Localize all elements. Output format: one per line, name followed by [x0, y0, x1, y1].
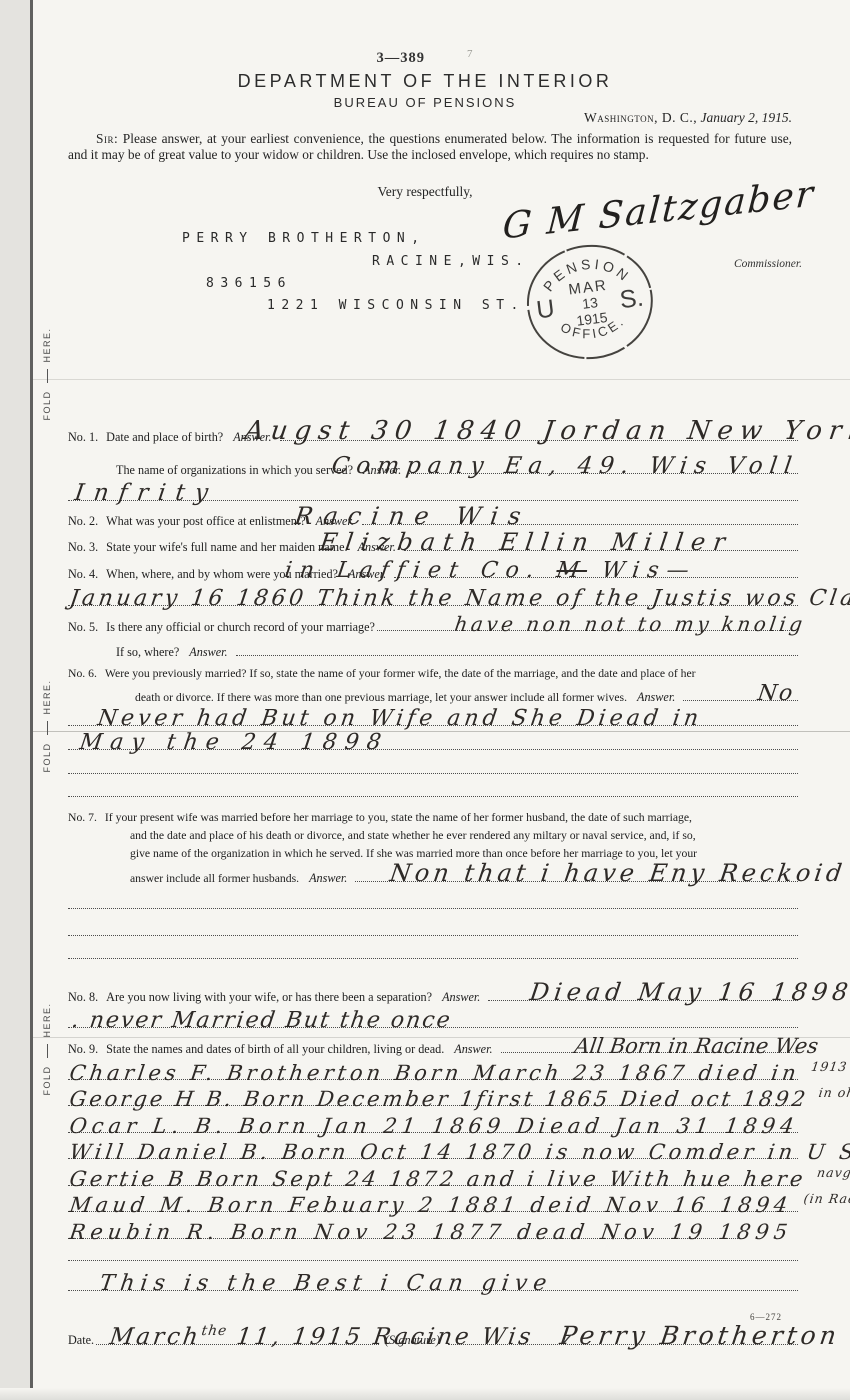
child-row: Will Daniel B. Born Oct 14 1870 is now C… [68, 1138, 798, 1165]
here-word: HERE. [42, 1002, 52, 1037]
child-text: Gertie B Born Sept 24 1872 and i live Wi… [68, 1167, 808, 1191]
blank-dotted-line [68, 796, 798, 797]
print-code: 6—272 [750, 1312, 782, 1322]
question-4-row: No. 4. When, where, and by whom were you… [68, 556, 798, 583]
q9-question: State the names and dates of birth of al… [106, 1042, 444, 1056]
q4-cont-handwritten-answer: January 16 1860 Think the Name of the Ju… [68, 586, 850, 611]
q6-cont2-handwritten-answer: May the 24 1898 [78, 730, 391, 755]
bureau-heading: BUREAU OF PENSIONS [0, 95, 850, 110]
q8-answer-label: Answer. [442, 990, 480, 1004]
child-row: Charles F. Brotherton Born March 23 1867… [68, 1058, 798, 1085]
blank-line-row [68, 755, 798, 779]
dateline: Washington, D. C., January 2, 1915. [584, 110, 792, 126]
letter-body: Sir: Please answer, at your earliest con… [68, 131, 792, 163]
form-number: 3—3897 [0, 50, 850, 67]
dateline-place: Washington, D. C., [584, 110, 697, 125]
q7-handwritten-answer: Non that i have Eny Reckoid [388, 859, 848, 887]
question-6-answer-row: death or divorce. If there was more than… [68, 682, 798, 706]
fold-here-marker: FOLDHERE. [42, 994, 52, 1104]
child-text: Maud M. Born Febuary 2 1881 deid Nov 16 … [68, 1193, 793, 1217]
fold-crease-line [33, 379, 850, 380]
q5-question: Is there any official or church record o… [106, 620, 375, 634]
scanned-pension-form: FOLDHERE. FOLDHERE. FOLDHERE. 3—3897 DEP… [0, 0, 850, 1400]
questions-section: No. 1. Date and place of birth? Answer. … [68, 420, 798, 1350]
q5-ifso-question: If so, where? [116, 645, 179, 659]
closing-note-row: This is the Best i Can give [68, 1270, 798, 1296]
q1-question: Date and place of birth? [106, 430, 223, 444]
fold-word: FOLD [42, 743, 52, 773]
q2-handwritten-answer: Racine Wis [293, 502, 533, 530]
blank-line-row [68, 914, 798, 941]
child-handwritten-entry: Reubin R. Born Nov 23 1877 dead Nov 19 1… [68, 1218, 794, 1244]
blank-dotted-line [68, 1260, 798, 1261]
blank-line-row [68, 887, 798, 914]
child-text: Ocar L. B. Born Jan 21 1869 Diead Jan 31… [68, 1114, 800, 1138]
question-6-cont-row: Never had But on Wife and She Diead in [68, 706, 798, 731]
child-text: Charles F. Brotherton Born March 23 1867… [68, 1061, 801, 1085]
child-row: George H B. Born December 1first 1865 Di… [68, 1085, 798, 1112]
q6-cont-handwritten-answer: Never had But on Wife and She Diead in [96, 706, 704, 731]
q6-answer-label: Answer. [637, 690, 675, 704]
question-9-row: No. 9. State the names and dates of birt… [68, 1033, 798, 1058]
q5-ifso-answer-line [236, 655, 798, 656]
q7-label: No. 7. [68, 811, 97, 824]
q9-label: No. 9. [68, 1042, 98, 1056]
fold-bar [47, 722, 48, 736]
q2-label: No. 2. [68, 514, 98, 528]
question-4-cont-row: January 16 1860 Think the Name of the Ju… [68, 583, 798, 611]
child-row: Ocar L. B. Born Jan 21 1869 Diead Jan 31… [68, 1111, 798, 1138]
question-7-text-row2: and the date and place of his death or d… [68, 826, 798, 844]
paper-left-edge [0, 0, 30, 1400]
q5-handwritten-answer: have non not to my knolig [453, 612, 807, 636]
letter-body-text: Please answer, at your earliest convenie… [68, 131, 792, 162]
question-1-org-row: The name of organizations in which you s… [68, 446, 798, 479]
question-8-row: No. 8. Are you now living with your wife… [68, 982, 798, 1006]
question-1-row: No. 1. Date and place of birth? Answer. … [68, 420, 798, 446]
q6-question-line2: death or divorce. If there was more than… [135, 691, 627, 704]
question-3-row: No. 3. State your wife's full name and h… [68, 530, 798, 556]
child-handwritten-entry: Charles F. Brotherton Born March 23 1867… [68, 1059, 848, 1085]
paper-bottom-edge [0, 1388, 850, 1400]
question-8-cont-row: . never Married But the once [68, 1006, 798, 1033]
check-mark: ✓ [559, 1329, 575, 1350]
q6-label: No. 6. [68, 667, 97, 680]
blank-line-row [68, 1244, 798, 1266]
blank-dotted-line [68, 908, 798, 909]
q7-question-line1: If your present wife was married before … [105, 811, 692, 824]
q3-label: No. 3. [68, 540, 98, 554]
child-handwritten-entry: Ocar L. B. Born Jan 21 1869 Diead Jan 31… [68, 1112, 801, 1138]
blank-dotted-line [68, 935, 798, 936]
here-word: HERE. [42, 679, 52, 714]
child-text: Will Daniel B. Born Oct 14 1870 is now C… [68, 1140, 850, 1164]
question-2-row: No. 2. What was your post office at enli… [68, 506, 798, 530]
child-superscript: (in Racine [803, 1191, 850, 1206]
fold-here-marker: FOLDHERE. [42, 319, 52, 429]
q1-cont-handwritten-answer: Infrity [73, 480, 220, 506]
stamp-left-letter: U [535, 294, 556, 324]
date-signature-row: Date. (Signature) Marchthe 11, 1915 Raci… [68, 1308, 798, 1350]
q6-question-line1: Were you previously married? If so, stat… [105, 667, 696, 680]
child-row: Gertie B Born Sept 24 1872 and i live Wi… [68, 1164, 798, 1191]
child-handwritten-entry: Will Daniel B. Born Oct 14 1870 is now C… [68, 1138, 850, 1164]
q8-handwritten-answer: Diead May 16 1898 [528, 978, 850, 1006]
question-5-ifso-row: If so, where? Answer. [68, 636, 798, 661]
date-superscript: the [200, 1323, 228, 1339]
child-text: Reubin R. Born Nov 23 1877 dead Nov 19 1… [68, 1220, 794, 1244]
q5-ifso-answer-label: Answer. [189, 645, 227, 659]
paper-edge-line [30, 0, 33, 1400]
q1-org-question: The name of organizations in which you s… [116, 463, 353, 477]
q6-handwritten-answer: No [756, 681, 796, 706]
date-month: March [108, 1324, 203, 1350]
blank-line-row [68, 941, 798, 964]
fold-bar [47, 1045, 48, 1059]
question-6-text-row: No. 6. Were you previously married? If s… [68, 661, 798, 682]
q9-answer-label: Answer. [454, 1042, 492, 1056]
blank-dotted-line [68, 958, 798, 959]
claimant-signature: Perry Brotherton [558, 1321, 842, 1350]
q4-answer-part1: in Laffiet Co. [283, 558, 543, 583]
blank-line-row [68, 779, 798, 802]
q7-question-line3: give name of the organization in which h… [130, 847, 697, 860]
q1-label: No. 1. [68, 430, 98, 444]
here-word: HERE. [42, 327, 52, 362]
pension-office-date-stamp: PENSION OFFICE. U S. MAR 13 1915 [509, 231, 671, 374]
addressee-name: PERRY BROTHERTON, [182, 231, 426, 246]
child-row: Maud M. Born Febuary 2 1881 deid Nov 16 … [68, 1191, 798, 1218]
department-heading: DEPARTMENT OF THE INTERIOR [0, 71, 850, 92]
child-handwritten-entry: Gertie B Born Sept 24 1872 and i live Wi… [68, 1165, 850, 1191]
q8-label: No. 8. [68, 990, 98, 1004]
date-label: Date. [68, 1333, 94, 1347]
q4-label: No. 4. [68, 567, 98, 581]
child-superscript: in ohio [818, 1085, 850, 1100]
blank-dotted-line [68, 773, 798, 774]
commissioner-title: Commissioner. [734, 258, 802, 270]
form-number-text: 3—389 [377, 50, 426, 66]
addressee-city: RACINE,WIS. [372, 254, 530, 269]
q7-question-line2: and the date and place of his death or d… [130, 829, 696, 842]
fold-word: FOLD [42, 1066, 52, 1096]
child-handwritten-entry: George H B. Born December 1first 1865 Di… [68, 1085, 850, 1111]
question-5-row: No. 5. Is there any official or church r… [68, 611, 798, 636]
stamp-right-letter: S. [618, 284, 645, 315]
q7-answer-label: Answer. [309, 871, 347, 885]
q9-handwritten-answer: All Born in Racine Wes [573, 1034, 820, 1058]
fold-here-marker: FOLDHERE. [42, 671, 52, 781]
fold-word: FOLD [42, 391, 52, 421]
child-superscript: navg [816, 1165, 850, 1180]
closing-note-handwritten: This is the Best i Can give [98, 1271, 554, 1296]
q1-handwritten-answer: Augst 30 1840 Jordan New York [243, 416, 850, 446]
child-handwritten-entry: Maud M. Born Febuary 2 1881 deid Nov 16 … [68, 1191, 850, 1217]
q4-answer-part2: Wis— [600, 558, 698, 583]
child-superscript: 1913 [810, 1059, 848, 1074]
q8-question: Are you now living with your wife, or ha… [106, 990, 432, 1004]
q3-question: State your wife's full name and her maid… [106, 540, 347, 554]
question-7-text-row1: No. 7. If your present wife was married … [68, 804, 798, 826]
q4-handwritten-answer: in Laffiet Co. M Wis— [283, 558, 698, 583]
q5-label: No. 5. [68, 620, 98, 634]
pencil-mark: 7 [467, 48, 474, 60]
dateline-date: January 2, 1915. [701, 110, 793, 125]
q2-question: What was your post office at enlistment? [106, 514, 305, 528]
addressee-street: 1221 WISCONSIN ST. [267, 298, 525, 313]
fold-bar [47, 370, 48, 384]
question-6-cont2-row: May the 24 1898 [68, 731, 798, 755]
date-rest: 11, 1915 Racine Wis [235, 1324, 535, 1350]
question-7-answer-row: answer include all former husbands. Answ… [68, 862, 798, 887]
q7-question-line4: answer include all former husbands. [130, 872, 299, 885]
pension-file-number: 836156 [206, 276, 292, 291]
child-row: Reubin R. Born Nov 23 1877 dead Nov 19 1… [68, 1217, 798, 1244]
salutation: Sir: [96, 131, 118, 146]
q1-org-handwritten-answer: Company Ea, 49. Wis Voll [330, 453, 800, 479]
child-text: George H B. Born December 1first 1865 Di… [68, 1087, 810, 1111]
q4-struck-word: M [555, 558, 589, 583]
q3-handwritten-answer: Elizbath Ellin Miller [318, 528, 735, 556]
q8-cont-handwritten-answer: . never Married But the once [70, 1008, 453, 1033]
date-handwritten: Marchthe 11, 1915 Racine Wis [108, 1323, 535, 1350]
